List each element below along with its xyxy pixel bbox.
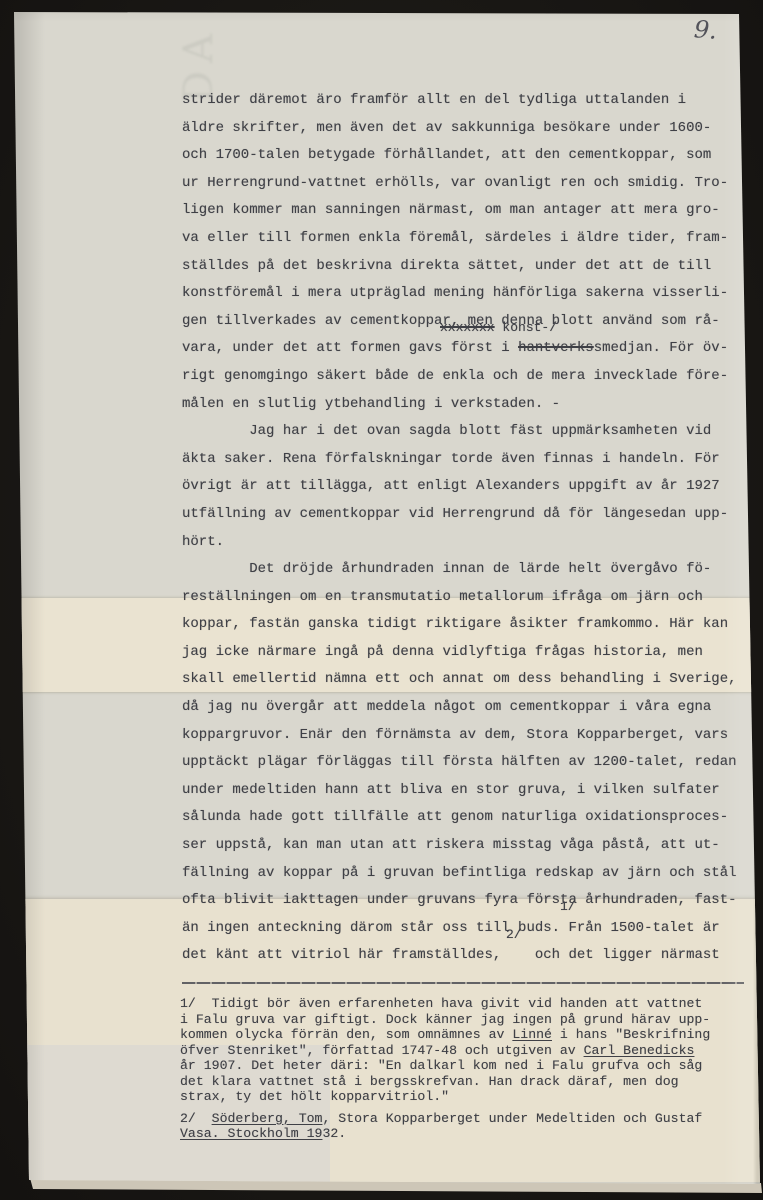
text-line: upptäckt plägar förläggas till första hä… bbox=[182, 749, 752, 777]
text-segment: ofta blivit iakttagen under gruvans fyra… bbox=[182, 892, 737, 908]
underlined-text: Söderberg, Tom bbox=[212, 1111, 323, 1126]
text-segment: 1/ Tidigt bör även erfarenheten hava giv… bbox=[180, 996, 702, 1011]
text-segment: Jag har i det ovan sagda blott fäst uppm… bbox=[182, 423, 711, 439]
text-line: vara, under det att formen gavs först i … bbox=[182, 335, 752, 363]
text-line: fällning av koppar på i gruvan befintlig… bbox=[182, 860, 752, 888]
document-page: DA 9. strider däremot äro framför allt e… bbox=[0, 0, 763, 1200]
footnote-marker-2: 2/ bbox=[506, 927, 522, 942]
text-line: Det dröjde århundraden innan de lärde he… bbox=[182, 556, 752, 584]
text-line: ställdes på det beskrivna direkta sättet… bbox=[182, 253, 752, 281]
inserted-correction: xxxxxxx konst-/ bbox=[440, 320, 557, 335]
footnote-line: strax, ty det hölt kopparvitriol." bbox=[180, 1089, 740, 1105]
text-segment: koppar, fastän ganska tidigt riktigare å… bbox=[182, 616, 728, 632]
text-segment: smedjan. För öv- bbox=[594, 340, 728, 356]
text-segment: det klara vattnet stå i bergsskrefvan. H… bbox=[180, 1074, 679, 1089]
text-line: målen en slutlig ytbehandling i verkstad… bbox=[182, 391, 752, 419]
text-segment: upptäckt plägar förläggas till första hä… bbox=[182, 754, 737, 770]
text-segment: öfver Stenriket", författad 1747-48 och … bbox=[180, 1043, 584, 1058]
text-segment: 2/ bbox=[180, 1111, 212, 1126]
text-segment: koppargruvor. Enär den förnämsta av dem,… bbox=[182, 727, 728, 743]
underlined-text: Carl Benedicks bbox=[584, 1043, 695, 1058]
footnotes-section: 1/ Tidigt bör även erfarenheten hava giv… bbox=[180, 996, 740, 1142]
text-line: koppar, fastän ganska tidigt riktigare å… bbox=[182, 611, 752, 639]
struck-text: xxxxxxx bbox=[440, 320, 495, 335]
text-line: sålunda hade gott tillfälle att genom na… bbox=[182, 804, 752, 832]
text-segment: i hans "Beskrifning bbox=[552, 1027, 710, 1042]
text-line: ur Herrengrund-vattnet erhölls, var ovan… bbox=[182, 170, 752, 198]
text-segment: hört. bbox=[182, 534, 224, 550]
footnote-separator bbox=[182, 982, 744, 984]
text-segment: 32. bbox=[322, 1126, 346, 1141]
footnote-line: kommen olycka förrän den, som omnämnes a… bbox=[180, 1027, 740, 1043]
text-line: konstföremål i mera utpräglad mening hän… bbox=[182, 280, 752, 308]
main-text-block: strider däremot äro framför allt en del … bbox=[182, 87, 752, 970]
text-line: rigt genomgingo säkert både de enkla och… bbox=[182, 363, 752, 391]
text-segment: reställningen om en transmutatio metallo… bbox=[182, 589, 703, 605]
text-line: jag icke närmare ingå på denna vidlyftig… bbox=[182, 639, 752, 667]
text-segment: jag icke närmare ingå på denna vidlyftig… bbox=[182, 644, 703, 660]
footnote-line: 1/ Tidigt bör även erfarenheten hava giv… bbox=[180, 996, 740, 1012]
text-segment: strider däremot äro framför allt en del … bbox=[182, 92, 686, 108]
text-segment: strax, ty det hölt kopparvitriol." bbox=[180, 1089, 449, 1104]
text-segment: konstföremål i mera utpräglad mening hän… bbox=[182, 285, 728, 301]
text-segment: fällning av koppar på i gruvan befintlig… bbox=[182, 865, 737, 881]
text-segment: skall emellertid nämna ett och annat om … bbox=[182, 671, 737, 687]
text-segment: utfällning av cementkoppar vid Herrengru… bbox=[182, 506, 728, 522]
text-segment: äldre skrifter, men även det av sakkunni… bbox=[182, 120, 711, 136]
text-line: än ingen anteckning därom står oss till … bbox=[182, 915, 752, 943]
text-line: ligen kommer man sanningen närmast, om m… bbox=[182, 197, 752, 225]
footnote-2: 2/ Söderberg, Tom, Stora Kopparberget un… bbox=[180, 1111, 740, 1142]
text-line: det känt att vitriol här framställdes, o… bbox=[182, 942, 752, 970]
text-segment: Det dröjde århundraden innan de lärde he… bbox=[182, 561, 711, 577]
text-segment: vara, under det att formen gavs först i bbox=[182, 340, 518, 356]
text-segment: va eller till formen enkla föremål, särd… bbox=[182, 230, 728, 246]
text-line: övrigt är att tillägga, att enligt Alexa… bbox=[182, 473, 752, 501]
text-line: och 1700-talen betygade förhållandet, at… bbox=[182, 142, 752, 170]
text-segment: ligen kommer man sanningen närmast, om m… bbox=[182, 202, 720, 218]
footnote-line: i Falu gruva var giftigt. Dock känner ja… bbox=[180, 1012, 740, 1028]
struck-text: hantverks bbox=[518, 340, 594, 356]
text-line: skall emellertid nämna ett och annat om … bbox=[182, 666, 752, 694]
text-segment: kommen olycka förrän den, som omnämnes a… bbox=[180, 1027, 512, 1042]
text-segment: , Stora Kopparberget under Medeltiden oc… bbox=[322, 1111, 702, 1126]
text-line: koppargruvor. Enär den förnämsta av dem,… bbox=[182, 722, 752, 750]
text-segment: och 1700-talen betygade förhållandet, at… bbox=[182, 147, 711, 163]
text-line: va eller till formen enkla föremål, särd… bbox=[182, 225, 752, 253]
text-segment: då jag nu övergår att meddela något om c… bbox=[182, 699, 711, 715]
footnote-marker-1: 1/ bbox=[560, 899, 576, 914]
text-segment: under medeltiden hann att bliva en stor … bbox=[182, 782, 720, 798]
text-line: Jag har i det ovan sagda blott fäst uppm… bbox=[182, 418, 752, 446]
handwritten-page-number: 9. bbox=[693, 15, 718, 45]
text-line: reställningen om en transmutatio metallo… bbox=[182, 584, 752, 612]
scan-background: DA 9. strider däremot äro framför allt e… bbox=[0, 0, 763, 1200]
text-line: då jag nu övergår att meddela något om c… bbox=[182, 694, 752, 722]
text-segment: i Falu gruva var giftigt. Dock känner ja… bbox=[180, 1012, 710, 1027]
text-segment: år 1907. Det heter däri: "En dalkarl kom… bbox=[180, 1058, 702, 1073]
footnote-line: år 1907. Det heter däri: "En dalkarl kom… bbox=[180, 1058, 740, 1074]
text-segment: ur Herrengrund-vattnet erhölls, var ovan… bbox=[182, 175, 728, 191]
text-segment: ställdes på det beskrivna direkta sättet… bbox=[182, 258, 711, 274]
footnote-line: 2/ Söderberg, Tom, Stora Kopparberget un… bbox=[180, 1111, 740, 1127]
footnote-line: Vasa. Stockholm 1932. bbox=[180, 1126, 740, 1142]
underlined-text: Vasa. Stockholm 19 bbox=[180, 1126, 322, 1141]
text-segment: målen en slutlig ytbehandling i verkstad… bbox=[182, 396, 560, 412]
text-segment: ser uppstå, kan man utan att riskera mis… bbox=[182, 837, 720, 853]
text-segment: sålunda hade gott tillfälle att genom na… bbox=[182, 809, 728, 825]
text-segment: rigt genomgingo säkert både de enkla och… bbox=[182, 368, 728, 384]
text-line: äkta saker. Rena förfalskningar torde äv… bbox=[182, 446, 752, 474]
text-segment: konst-/ bbox=[495, 320, 557, 335]
text-segment: övrigt är att tillägga, att enligt Alexa… bbox=[182, 478, 720, 494]
text-line: ofta blivit iakttagen under gruvans fyra… bbox=[182, 887, 752, 915]
text-line: äldre skrifter, men även det av sakkunni… bbox=[182, 115, 752, 143]
text-segment: det känt att vitriol här framställdes, o… bbox=[182, 947, 720, 963]
footnote-line: det klara vattnet stå i bergsskrefvan. H… bbox=[180, 1074, 740, 1090]
text-line: ser uppstå, kan man utan att riskera mis… bbox=[182, 832, 752, 860]
text-line: strider däremot äro framför allt en del … bbox=[182, 87, 752, 115]
text-line: under medeltiden hann att bliva en stor … bbox=[182, 777, 752, 805]
text-line: utfällning av cementkoppar vid Herrengru… bbox=[182, 501, 752, 529]
text-segment: äkta saker. Rena förfalskningar torde äv… bbox=[182, 451, 720, 467]
footnote-line: öfver Stenriket", författad 1747-48 och … bbox=[180, 1043, 740, 1059]
underlined-text: Linné bbox=[512, 1027, 552, 1042]
text-segment: än ingen anteckning därom står oss till … bbox=[182, 920, 720, 936]
footnote-1: 1/ Tidigt bör även erfarenheten hava giv… bbox=[180, 996, 740, 1105]
text-line: hört. bbox=[182, 529, 752, 557]
